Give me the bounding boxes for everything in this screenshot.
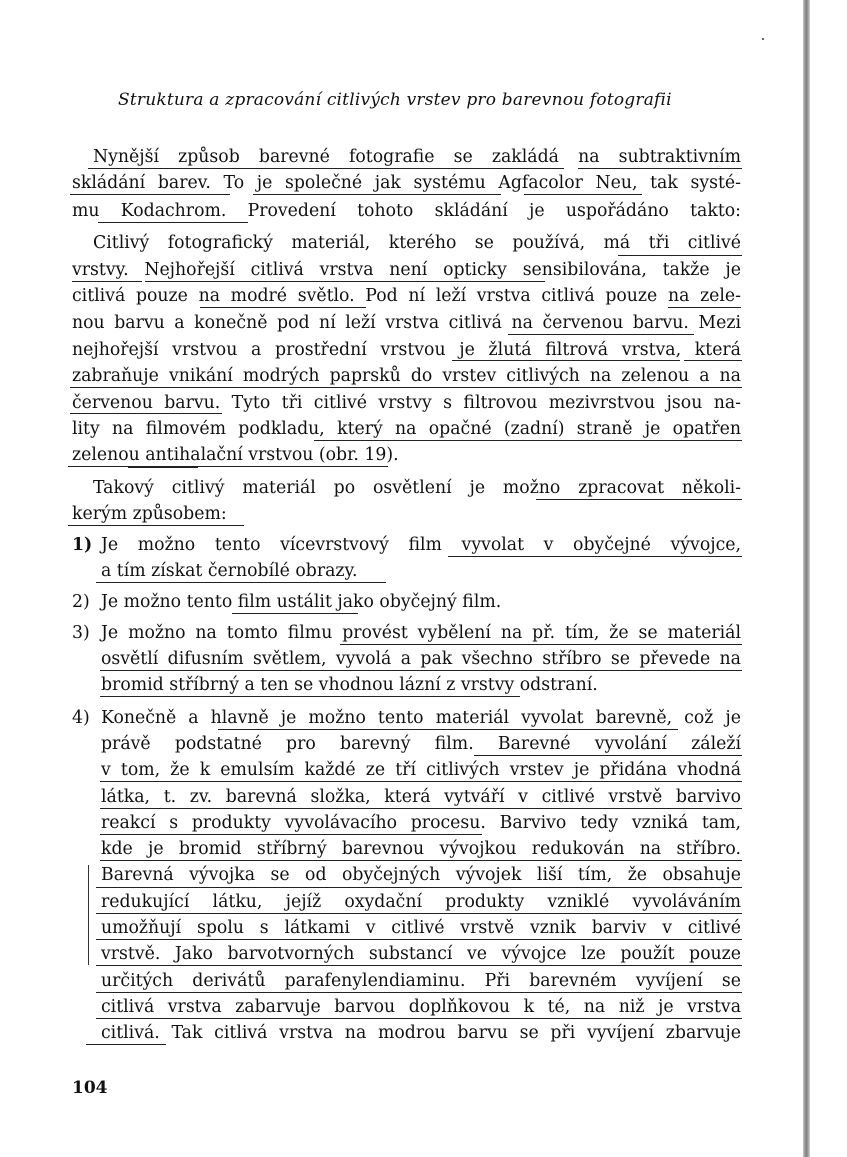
list-item-line: citlivá vrstva zabarvuje barvou doplňkov… — [101, 996, 741, 1018]
text-line: mu Kodachrom. Provedení tohoto skládání … — [72, 200, 741, 222]
list-item-line: osvětlí difusním světlem, vyvolá a pak v… — [101, 648, 741, 670]
text-line: kerým způsobem: — [72, 503, 741, 525]
text-line: skládání barev. To je společné jak systé… — [72, 172, 741, 194]
list-marker: 4) — [72, 707, 90, 729]
list-item-line: Je možno na tomto filmu provést vybělení… — [101, 622, 741, 644]
page-number: 104 — [72, 1078, 108, 1098]
book-spine-shadow — [803, 0, 810, 1157]
list-item-line: bromid stříbrný a ten se vhodnou lázní z… — [101, 674, 741, 696]
scan-speck — [762, 38, 764, 40]
text-line: červenou barvu. Tyto tři citlivé vrstvy … — [72, 392, 741, 414]
list-item-line: Je možno tento vícevrstvový film vyvolat… — [101, 534, 741, 556]
list-marker: 1) — [72, 534, 92, 556]
list-item-line: vrstvě. Jako barvotvorných substancí ve … — [101, 943, 741, 965]
list-item-line: redukující látku, jejíž oxydační produkt… — [101, 891, 741, 913]
text-line: lity na filmovém podkladu, který na opač… — [72, 418, 741, 440]
text-line: citlivá pouze na modré světlo. Pod ní le… — [72, 285, 741, 307]
list-item-line: umožňují spolu s látkami v citlivé vrstv… — [101, 917, 741, 939]
list-item-line: Konečně a hlavně je možno tento materiál… — [101, 707, 741, 729]
list-item-line: v tom, že k emulsím každé ze tří citlivý… — [101, 759, 741, 781]
list-item-line: reakcí s produkty vyvolávacího procesu. … — [101, 812, 741, 834]
text-line: nou barvu a konečně pod ní leží vrstva c… — [72, 312, 741, 334]
running-title: Struktura a zpracování citlivých vrstev … — [118, 90, 698, 110]
list-item-line: látka, t. zv. barevná složka, která vytv… — [101, 786, 741, 808]
text-line: Nynější způsob barevné fotografie se zak… — [93, 146, 741, 168]
text-line: nejhořejší vrstvou a prostřední vrstvou … — [72, 339, 741, 361]
text-line: zabraňuje vnikání modrých paprsků do vrs… — [72, 365, 741, 387]
list-item-line: Je možno tento film ustálit jako obyčejn… — [101, 591, 741, 613]
list-item-line: Barevná vývojka se od obyčejných vývojek… — [101, 864, 741, 886]
list-item-line: citlivá. Tak citlivá vrstva na modrou ba… — [101, 1022, 741, 1044]
list-item-line: kde je bromid stříbrný barevnou vývojkou… — [101, 838, 741, 860]
text-line: zelenou antihalační vrstvou (obr. 19). — [72, 444, 741, 466]
list-item-line: určitých derivátů parafenylendiaminu. Př… — [101, 970, 741, 992]
list-marker: 2) — [72, 591, 90, 613]
text-line: Takový citlivý materiál po osvětlení je … — [93, 477, 741, 499]
text-line: Citlivý fotografický materiál, kterého s… — [93, 232, 741, 254]
list-item-line: právě podstatné pro barevný film. Barevn… — [101, 733, 741, 755]
margin-mark — [88, 865, 89, 965]
text-line: vrstvy. Nejhořejší citlivá vrstva není o… — [72, 259, 741, 281]
list-marker: 3) — [72, 622, 90, 644]
list-item-line: a tím získat černobílé obrazy. — [101, 560, 741, 582]
book-page: Struktura a zpracování citlivých vrstev … — [0, 0, 847, 1157]
